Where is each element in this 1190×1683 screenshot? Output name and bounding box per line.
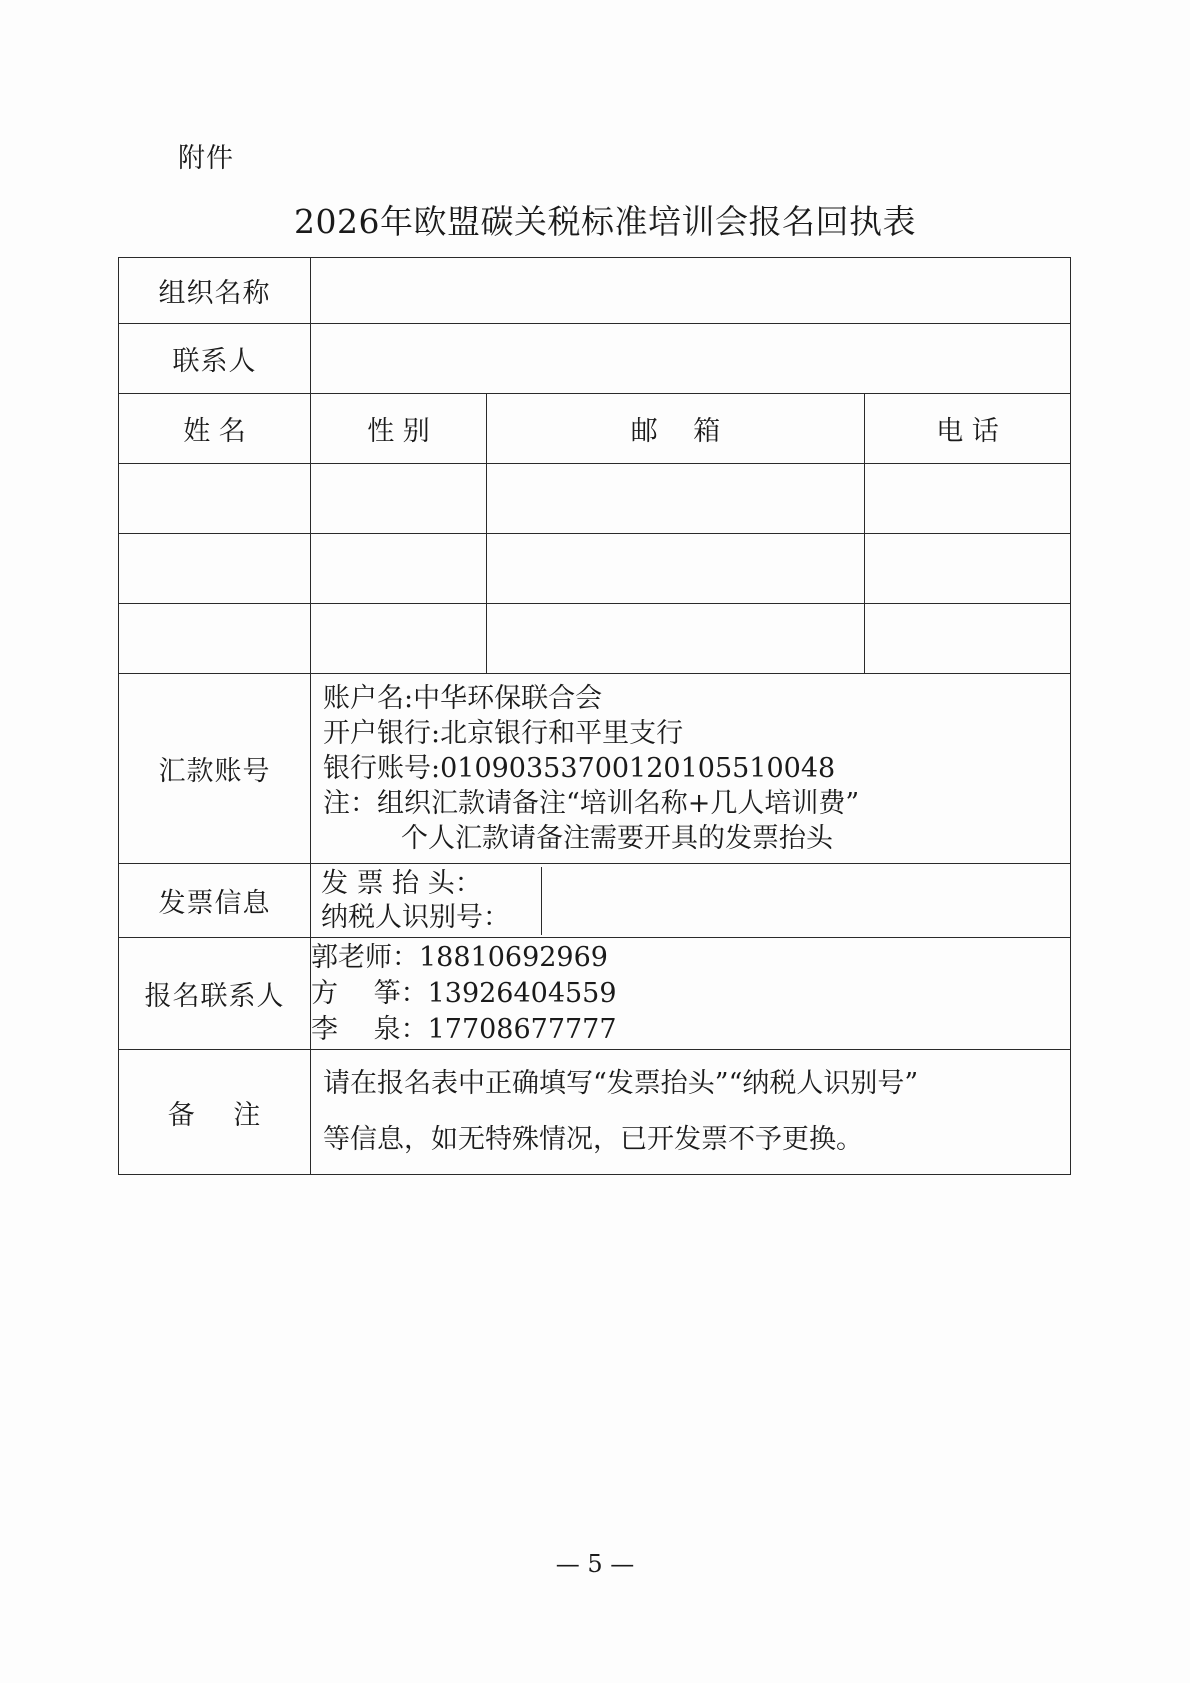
contact-label: 联系人 xyxy=(119,324,311,394)
attendee-name-field[interactable] xyxy=(119,464,311,534)
attendee-gender-field[interactable] xyxy=(311,534,487,604)
attendee-name-field[interactable] xyxy=(119,604,311,674)
registration-contacts-list: 郭老师：18810692969 方 筝：13926404559 李 泉：1770… xyxy=(311,938,1071,1050)
remarks-row: 备 注 请在报名表中正确填写“发票抬头”“纳税人识别号” 等信息，如无特殊情况，… xyxy=(119,1050,1071,1175)
contact-item: 郭老师：18810692969 xyxy=(311,940,1070,976)
attendee-email-field[interactable] xyxy=(487,534,865,604)
remit-label: 汇款账号 xyxy=(119,674,311,864)
registration-contacts-row: 报名联系人 郭老师：18810692969 方 筝：13926404559 李 … xyxy=(119,938,1071,1050)
remit-row: 汇款账号 账户名:中华环保联合会 开户银行:北京银行和平里支行 银行账号:010… xyxy=(119,674,1071,864)
attendee-phone-field[interactable] xyxy=(865,604,1071,674)
attendee-header-row: 姓 名 性 别 邮 箱 电 话 xyxy=(119,394,1071,464)
attendee-row xyxy=(119,534,1071,604)
contact-row: 联系人 xyxy=(119,324,1071,394)
org-name-row: 组织名称 xyxy=(119,258,1071,324)
tax-id-label: 纳税人识别号： xyxy=(321,901,531,935)
remit-note-personal: 个人汇款请备注需要开具的发票抬头 xyxy=(323,821,1060,856)
invoice-row: 发票信息 发 票 抬 头： 纳税人识别号： xyxy=(119,864,1071,938)
org-name-label: 组织名称 xyxy=(119,258,311,324)
attendee-email-field[interactable] xyxy=(487,604,865,674)
column-header-name: 姓 名 xyxy=(119,394,311,464)
attendee-phone-field[interactable] xyxy=(865,534,1071,604)
attendee-gender-field[interactable] xyxy=(311,604,487,674)
invoice-value-field[interactable] xyxy=(542,867,1070,935)
invoice-label: 发票信息 xyxy=(119,864,311,938)
attendee-email-field[interactable] xyxy=(487,464,865,534)
invoice-cell: 发 票 抬 头： 纳税人识别号： xyxy=(311,864,1071,938)
remarks-line-1: 请在报名表中正确填写“发票抬头”“纳税人识别号” xyxy=(323,1056,1058,1112)
page-number: — 5 — xyxy=(0,1550,1190,1578)
registration-form-table: 组织名称 联系人 姓 名 性 别 邮 箱 电 话 汇款账号 账户名:中华环保联合… xyxy=(118,257,1071,1175)
invoice-field-labels: 发 票 抬 头： 纳税人识别号： xyxy=(311,867,542,935)
account-name: 账户名:中华环保联合会 xyxy=(323,681,1060,716)
remarks-label: 备 注 xyxy=(119,1050,311,1175)
bank-name: 开户银行:北京银行和平里支行 xyxy=(323,716,1060,751)
attendee-phone-field[interactable] xyxy=(865,464,1071,534)
column-header-phone: 电 话 xyxy=(865,394,1071,464)
attendee-name-field[interactable] xyxy=(119,534,311,604)
attendee-row xyxy=(119,464,1071,534)
invoice-title-label: 发 票 抬 头： xyxy=(321,867,531,901)
remit-note-org: 注：组织汇款请备注“培训名称+几人培训费” xyxy=(323,786,1060,821)
attendee-row xyxy=(119,604,1071,674)
contact-item: 方 筝：13926404559 xyxy=(311,976,1070,1012)
remarks-text: 请在报名表中正确填写“发票抬头”“纳税人识别号” 等信息，如无特殊情况，已开发票… xyxy=(311,1050,1071,1175)
column-header-email: 邮 箱 xyxy=(487,394,865,464)
registration-contacts-label: 报名联系人 xyxy=(119,938,311,1050)
attachment-label: 附件 xyxy=(178,136,234,175)
contact-item: 李 泉：17708677777 xyxy=(311,1012,1070,1048)
account-number: 银行账号:01090353700120105510048 xyxy=(323,751,1060,786)
attendee-gender-field[interactable] xyxy=(311,464,487,534)
org-name-field[interactable] xyxy=(311,258,1071,324)
contact-field[interactable] xyxy=(311,324,1071,394)
column-header-gender: 性 别 xyxy=(311,394,487,464)
page-title: 2026年欧盟碳关税标准培训会报名回执表 xyxy=(0,196,1190,243)
remarks-line-2: 等信息，如无特殊情况，已开发票不予更换。 xyxy=(323,1112,1058,1168)
remit-info: 账户名:中华环保联合会 开户银行:北京银行和平里支行 银行账号:01090353… xyxy=(311,674,1071,864)
